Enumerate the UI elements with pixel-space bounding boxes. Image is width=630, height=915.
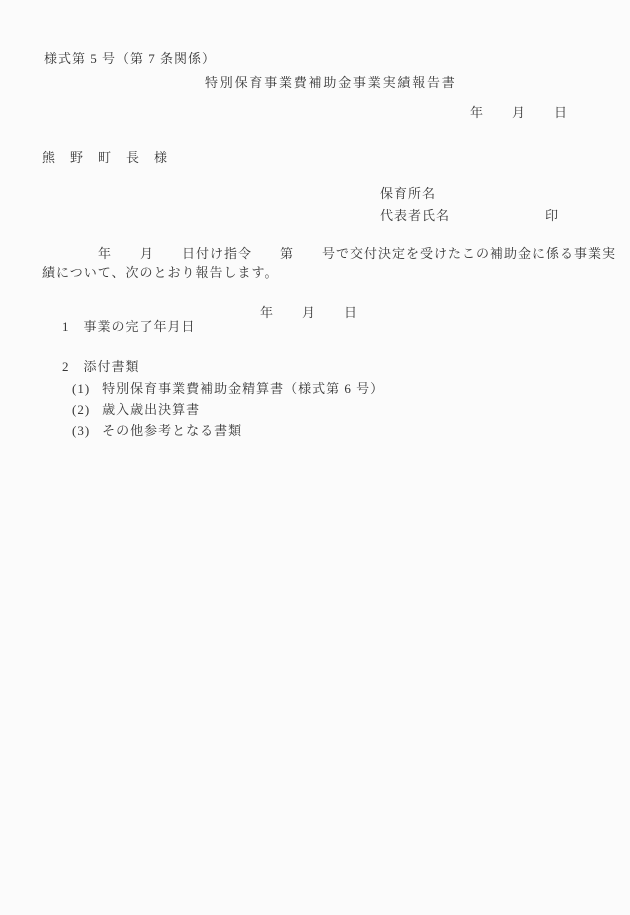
- nursery-name-label: 保育所名: [380, 187, 436, 201]
- attachment-text: その他参考となる書類: [102, 423, 242, 438]
- representative-name-label: 代表者氏名: [380, 209, 450, 223]
- report-date-field: 年 月 日: [470, 106, 568, 120]
- item-number: 1: [62, 319, 70, 334]
- seal-label: 印: [545, 209, 559, 223]
- document-title: 特別保育事業費補助金事業実績報告書: [205, 76, 457, 90]
- body-paragraph-line2: 績について、次のとおり報告します。: [42, 266, 278, 280]
- attachment-number: (3): [72, 423, 90, 438]
- form-number: 様式第 5 号（第 7 条関係）: [44, 52, 216, 66]
- document-page: 様式第 5 号（第 7 条関係） 特別保育事業費補助金事業実績報告書 年 月 日…: [0, 0, 630, 915]
- item-completion-date: 1事業の完了年月日: [45, 306, 196, 348]
- addressee: 熊 野 町 長 様: [42, 151, 168, 165]
- item-label: 事業の完了年月日: [84, 319, 196, 334]
- attachment-item-3: (3)その他参考となる書類: [55, 410, 242, 452]
- completion-date-field: 年 月 日: [260, 306, 358, 320]
- body-paragraph-line1: 年 月 日付け指令 第 号で交付決定を受けたこの補助金に係る事業実: [42, 247, 616, 261]
